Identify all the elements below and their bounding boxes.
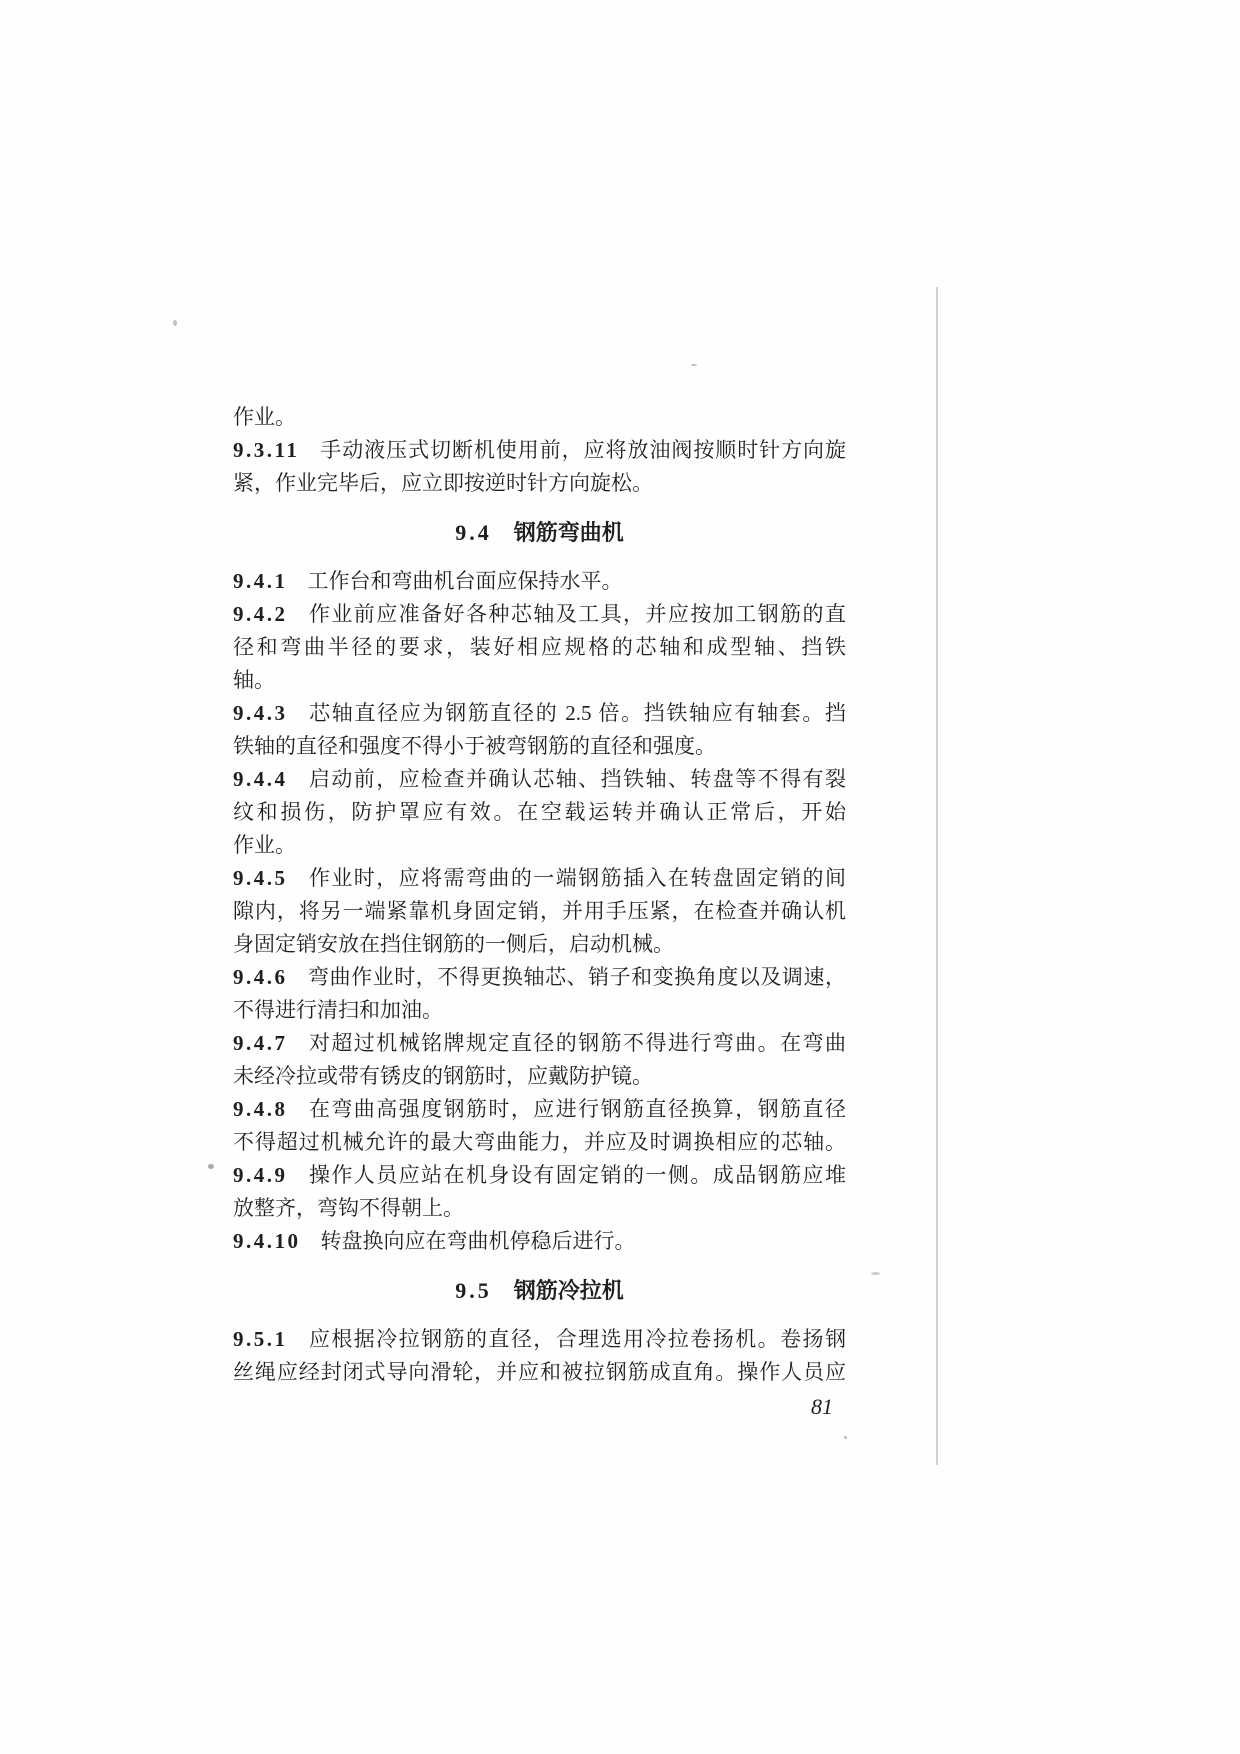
clause-line: 9.4.3芯轴直径应为钢筋直径的 2.5 倍。挡铁轴应有轴套。挡 xyxy=(233,697,846,730)
clause-line: 隙内，将另一端紧靠机身固定销，并用手压紧，在检查并确认机 xyxy=(233,895,846,928)
section-title: 钢筋冷拉机 xyxy=(514,1278,624,1303)
clause-number: 9.4.3 xyxy=(233,701,288,725)
clause-blocks: 作业。9.3.11手动液压式切断机使用前，应将放油阀按顺时针方向旋紧，作业完毕后… xyxy=(233,401,846,1389)
clause-line: 身固定销安放在挡住钢筋的一侧后，启动机械。 xyxy=(233,928,846,961)
clause-paragraph: 作业。 xyxy=(233,401,846,434)
clause-paragraph: 9.5.1应根据冷拉钢筋的直径，合理选用冷拉卷扬机。卷扬钢丝绳应经封闭式导向滑轮… xyxy=(233,1323,846,1389)
scan-speck xyxy=(173,320,177,326)
clause-number: 9.4.8 xyxy=(233,1097,288,1121)
clause-text: 不得进行清扫和加油。 xyxy=(233,998,443,1022)
clause-line: 作业。 xyxy=(233,401,846,434)
clause-line: 9.4.8在弯曲高强度钢筋时，应进行钢筋直径换算，钢筋直径 xyxy=(233,1093,846,1126)
clause-line: 作业。 xyxy=(233,829,846,862)
clause-text: 隙内，将另一端紧靠机身固定销，并用手压紧，在检查并确认机 xyxy=(233,899,846,923)
clause-text: 作业前应准备好各种芯轴及工具，并应按加工钢筋的直 xyxy=(308,602,847,626)
clause-paragraph: 9.4.8在弯曲高强度钢筋时，应进行钢筋直径换算，钢筋直径不得超过机械允许的最大… xyxy=(233,1093,846,1159)
clause-text: 身固定销安放在挡住钢筋的一侧后，启动机械。 xyxy=(233,932,674,956)
section-number: 9.4 xyxy=(455,520,492,545)
clause-text: 紧，作业完毕后，应立即按逆时针方向旋松。 xyxy=(233,471,653,495)
clause-text: 操作人员应站在机身设有固定销的一侧。成品钢筋应堆 xyxy=(308,1163,847,1187)
clause-paragraph: 9.4.3芯轴直径应为钢筋直径的 2.5 倍。挡铁轴应有轴套。挡铁轴的直径和强度… xyxy=(233,697,846,763)
clause-text: 芯轴直径应为钢筋直径的 2.5 倍。挡铁轴应有轴套。挡 xyxy=(308,701,847,725)
clause-text: 放整齐，弯钩不得朝上。 xyxy=(233,1196,464,1220)
section-title: 钢筋弯曲机 xyxy=(514,520,624,545)
clause-line: 丝绳应经封闭式导向滑轮，并应和被拉钢筋成直角。操作人员应 xyxy=(233,1356,846,1389)
clause-paragraph: 9.4.10转盘换向应在弯曲机停稳后进行。 xyxy=(233,1225,846,1258)
scan-speck xyxy=(691,364,697,366)
clause-number: 9.4.4 xyxy=(233,767,288,791)
clause-number: 9.4.9 xyxy=(233,1163,288,1187)
clause-text: 启动前，应检查并确认芯轴、挡铁轴、转盘等不得有裂 xyxy=(308,767,847,791)
clause-paragraph: 9.4.5作业时，应将需弯曲的一端钢筋插入在转盘固定销的间隙内，将另一端紧靠机身… xyxy=(233,862,846,961)
clause-line: 9.3.11手动液压式切断机使用前，应将放油阀按顺时针方向旋 xyxy=(233,434,846,467)
clause-line: 紧，作业完毕后，应立即按逆时针方向旋松。 xyxy=(233,467,846,500)
clause-text: 在弯曲高强度钢筋时，应进行钢筋直径换算，钢筋直径 xyxy=(308,1097,847,1121)
clause-number: 9.4.6 xyxy=(233,965,288,989)
clause-line: 径和弯曲半径的要求，装好相应规格的芯轴和成型轴、挡铁 xyxy=(233,631,846,664)
clause-text: 丝绳应经封闭式导向滑轮，并应和被拉钢筋成直角。操作人员应 xyxy=(233,1360,846,1384)
clause-line: 不得超过机械允许的最大弯曲能力，并应及时调换相应的芯轴。 xyxy=(233,1126,846,1159)
body-text-column: 作业。9.3.11手动液压式切断机使用前，应将放油阀按顺时针方向旋紧，作业完毕后… xyxy=(233,401,846,1422)
clause-line: 放整齐，弯钩不得朝上。 xyxy=(233,1192,846,1225)
scan-speck xyxy=(871,1272,880,1275)
scan-edge-line xyxy=(936,287,938,1465)
clause-line: 9.4.9操作人员应站在机身设有固定销的一侧。成品钢筋应堆 xyxy=(233,1159,846,1192)
page-number: 81 xyxy=(233,1391,846,1422)
section-number: 9.5 xyxy=(455,1278,492,1303)
clause-line: 9.4.4启动前，应检查并确认芯轴、挡铁轴、转盘等不得有裂 xyxy=(233,763,846,796)
clause-paragraph: 9.4.4启动前，应检查并确认芯轴、挡铁轴、转盘等不得有裂纹和损伤，防护罩应有效… xyxy=(233,763,846,862)
clause-line: 9.4.2作业前应准备好各种芯轴及工具，并应按加工钢筋的直 xyxy=(233,598,846,631)
clause-text: 铁轴的直径和强度不得小于被弯钢筋的直径和强度。 xyxy=(233,734,716,758)
scanned-document-page: 作业。9.3.11手动液压式切断机使用前，应将放油阀按顺时针方向旋紧，作业完毕后… xyxy=(0,0,1240,1754)
clause-paragraph: 9.4.1工作台和弯曲机台面应保持水平。 xyxy=(233,565,846,598)
clause-line: 铁轴的直径和强度不得小于被弯钢筋的直径和强度。 xyxy=(233,730,846,763)
clause-text: 弯曲作业时，不得更换轴芯、销子和变换角度以及调速， xyxy=(308,965,847,989)
clause-paragraph: 9.4.9操作人员应站在机身设有固定销的一侧。成品钢筋应堆放整齐，弯钩不得朝上。 xyxy=(233,1159,846,1225)
section-heading: 9.4钢筋弯曲机 xyxy=(233,516,846,549)
clause-line: 9.4.6弯曲作业时，不得更换轴芯、销子和变换角度以及调速， xyxy=(233,961,846,994)
clause-paragraph: 9.4.6弯曲作业时，不得更换轴芯、销子和变换角度以及调速，不得进行清扫和加油。 xyxy=(233,961,846,1027)
clause-line: 纹和损伤，防护罩应有效。在空载运转并确认正常后，开始 xyxy=(233,796,846,829)
clause-line: 不得进行清扫和加油。 xyxy=(233,994,846,1027)
clause-paragraph: 9.3.11手动液压式切断机使用前，应将放油阀按顺时针方向旋紧，作业完毕后，应立… xyxy=(233,434,846,500)
clause-line: 未经冷拉或带有锈皮的钢筋时，应戴防护镜。 xyxy=(233,1060,846,1093)
clause-line: 9.4.7对超过机械铭牌规定直径的钢筋不得进行弯曲。在弯曲 xyxy=(233,1027,846,1060)
section-heading: 9.5钢筋冷拉机 xyxy=(233,1274,846,1307)
clause-text: 作业时，应将需弯曲的一端钢筋插入在转盘固定销的间 xyxy=(308,866,847,890)
clause-line: 9.4.5作业时，应将需弯曲的一端钢筋插入在转盘固定销的间 xyxy=(233,862,846,895)
clause-text: 径和弯曲半径的要求，装好相应规格的芯轴和成型轴、挡铁 xyxy=(233,635,846,659)
clause-text: 作业。 xyxy=(233,833,296,857)
clause-number: 9.3.11 xyxy=(233,438,299,462)
scan-speck xyxy=(844,1436,847,1439)
clause-line: 9.4.1工作台和弯曲机台面应保持水平。 xyxy=(233,565,846,598)
clause-text: 不得超过机械允许的最大弯曲能力，并应及时调换相应的芯轴。 xyxy=(233,1130,846,1154)
clause-text: 应根据冷拉钢筋的直径，合理选用冷拉卷扬机。卷扬钢 xyxy=(308,1327,847,1351)
clause-number: 9.5.1 xyxy=(233,1327,288,1351)
clause-number: 9.4.1 xyxy=(233,569,288,593)
clause-line: 轴。 xyxy=(233,664,846,697)
clause-text: 纹和损伤，防护罩应有效。在空载运转并确认正常后，开始 xyxy=(233,800,846,824)
clause-number: 9.4.2 xyxy=(233,602,288,626)
clause-paragraph: 9.4.2作业前应准备好各种芯轴及工具，并应按加工钢筋的直径和弯曲半径的要求，装… xyxy=(233,598,846,697)
clause-text: 手动液压式切断机使用前，应将放油阀按顺时针方向旋 xyxy=(319,438,846,462)
clause-line: 9.4.10转盘换向应在弯曲机停稳后进行。 xyxy=(233,1225,846,1258)
clause-number: 9.4.5 xyxy=(233,866,288,890)
clause-text: 未经冷拉或带有锈皮的钢筋时，应戴防护镜。 xyxy=(233,1064,653,1088)
clause-text: 转盘换向应在弯曲机停稳后进行。 xyxy=(321,1229,636,1253)
clause-paragraph: 9.4.7对超过机械铭牌规定直径的钢筋不得进行弯曲。在弯曲未经冷拉或带有锈皮的钢… xyxy=(233,1027,846,1093)
clause-text: 作业。 xyxy=(233,405,296,429)
clause-line: 9.5.1应根据冷拉钢筋的直径，合理选用冷拉卷扬机。卷扬钢 xyxy=(233,1323,846,1356)
clause-text: 对超过机械铭牌规定直径的钢筋不得进行弯曲。在弯曲 xyxy=(308,1031,847,1055)
clause-text: 轴。 xyxy=(233,668,275,692)
clause-number: 9.4.10 xyxy=(233,1229,301,1253)
clause-number: 9.4.7 xyxy=(233,1031,288,1055)
margin-dot xyxy=(208,1164,214,1169)
clause-text: 工作台和弯曲机台面应保持水平。 xyxy=(308,569,623,593)
